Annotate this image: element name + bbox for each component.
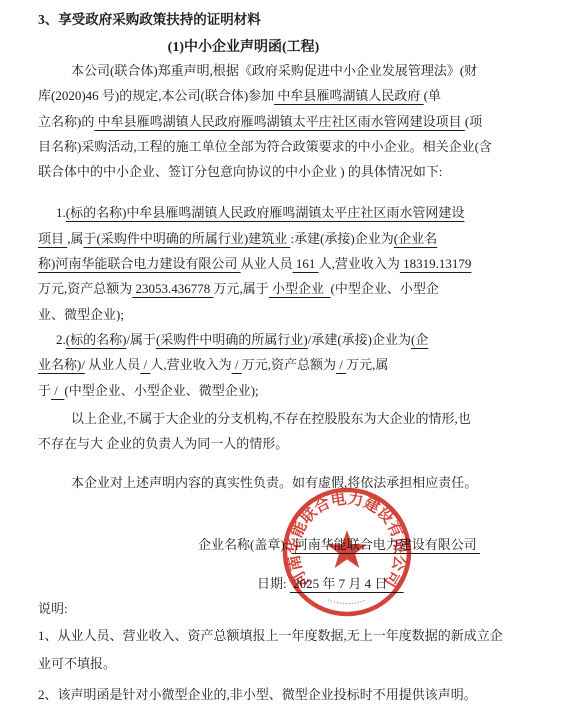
fill-project-name: 中牟县雁鸣湖镇人民政府雁鸣湖镇太平庄社区雨水管网建设项目 [94,114,465,129]
text-segment: 于 [38,383,51,398]
text-segment: 万元,属 [346,357,388,372]
fill-subject-name-1-cont: 项目 [38,231,67,246]
note-1: 1、从业人员、营业收入、资产总额填报上一年度数据,无上一年度数据的新成立企 [38,622,493,650]
text-segment: 万元,资产总额为 [38,281,132,296]
notes-section: 1、从业人员、营业收入、资产总额填报上一年度数据,无上一年度数据的新成立企 业可… [38,622,493,709]
assurance-paragraph: 以上企业,不属于大企业的分支机构,不存在控股股东为大企业的情形,也 不存在与大 … [38,406,493,457]
responsibility-paragraph: 本企业对上述声明内容的真实性负责。如有虚假,将依法承担相应责任。 [38,470,493,495]
enterprise-item-1: 1.(标的名称)中牟县雁鸣湖镇人民政府雁鸣湖镇太平庄社区雨水管网建设 项目 ,属… [38,200,493,326]
date-label: 日期: [257,576,290,591]
signature-line: 企业名称(盖章): 河南华能联合电力建设有限公司 [198,532,493,557]
text-segment: 业可不填报。 [38,656,116,671]
fill-contractor-name-2-cont: 业名称)/ [38,357,85,372]
item-number: 1. [56,205,66,220]
date-value: 2025 年 7 月 4 日 [290,576,404,591]
fill-industry-1: 于(采购件中明确的所属行业)建筑业 [84,231,291,246]
doc-line: 业名称)/ 从业人员 / 人,营业收入为 / 万元,资产总额为 / 万元,属 [38,352,493,377]
enterprise-item-2: 2.(标的名称)/属于(采购件中明确的所属行业)/承建(承接)企业为(企 业名称… [38,327,493,403]
text-segment: (中型企业、小型企业、微型企业); [64,383,258,398]
text-segment: 库(2020)46 号)的规定,本公司(联合体)参加 [38,88,274,103]
text-segment: (项 [465,114,482,129]
fill-revenue-2: / [232,357,242,372]
text-segment: /承建(承接)企业为 [308,332,411,347]
doc-line: 于 / (中型企业、小型企业、微型企业); [38,378,493,403]
text-segment: 2、该声明函是针对小微型企业的,非小型、微型企业投标时不用提供该声明。 [38,687,477,702]
doc-line: 以上企业,不属于大企业的分支机构,不存在控股股东为大企业的情形,也 [38,406,493,431]
doc-line: 万元,资产总额为 23053.436778 万元,属于 小型企业 (中型企业、小… [38,276,493,301]
text-segment: 本企业对上述声明内容的真实性负责。如有虚假,将依法承担相应责任。 [71,475,477,490]
text-segment: 联合体中的中小企业、签订分包意向协议的中小企业 ) 的具体情况如下: [38,164,442,179]
text-segment: 不存在与大 企业的负责人为同一人的情形。 [38,436,288,451]
fill-employee-count-2: / [140,357,150,372]
fill-enterprise-type-2: / [51,383,64,398]
signature-label: 企业名称(盖章): [198,537,292,552]
doc-line: 2.(标的名称)/属于(采购件中明确的所属行业)/承建(承接)企业为(企 [38,327,493,352]
doc-line: 目名称)采购活动,工程的施工单位全部为符合政策要求的中小企业。相关企业(含 [38,134,493,159]
text-segment: 本公司(联合体)郑重声明,根据《政府采购促进中小企业发展管理法》(财 [71,63,477,78]
document-title: (1)中小企业声明函(工程) [38,38,493,58]
doc-line: 称)河南华能联合电力建设有限公司 从业人员 161 人,营业收入为 18319.… [38,251,493,276]
text-segment: (单 [424,88,441,103]
text-segment: /属于 [126,332,156,347]
doc-line: 不存在与大 企业的负责人为同一人的情形。 [38,431,493,456]
text-segment: (中型企业、小型企 [331,281,439,296]
fill-industry-2: (采购件中明确的所属行业) [156,332,308,347]
section-heading: 3、享受政府采购政策扶持的证明材料 [38,10,493,29]
smb-declaration-document: 3、享受政府采购政策扶持的证明材料 (1)中小企业声明函(工程) 本公司(联合体… [0,0,565,719]
note-1-continuation: 业可不填报。 [38,650,493,678]
text-segment: 从业人员 [85,357,140,372]
date-line: 日期: 2025 年 7 月 4 日 [257,571,493,596]
text-segment: 万元,资产总额为 [242,357,336,372]
doc-line: 立名称)的 中牟县雁鸣湖镇人民政府雁鸣湖镇太平庄社区雨水管网建设项目 (项 [38,109,493,134]
fill-revenue-1: 18319.13179 [400,256,472,271]
fill-purchaser-name: 中牟县雁鸣湖镇人民政府 [274,88,424,103]
doc-line: 业、微型企业); [38,302,493,327]
text-segment: 目名称)采购活动,工程的施工单位全部为符合政策要求的中小企业。相关企业(含 [38,139,492,154]
doc-line: 库(2020)46 号)的规定,本公司(联合体)参加 中牟县雁鸣湖镇人民政府 (… [38,83,493,108]
text-segment: 业、微型企业); [38,307,124,322]
text-segment: 以上企业,不属于大企业的分支机构,不存在控股股东为大企业的情形,也 [71,411,471,426]
text-segment: 1、从业人员、营业收入、资产总额填报上一年度数据,无上一年度数据的新成立企 [38,628,503,643]
text-segment: 万元,属于 [214,281,269,296]
text-segment: 立名称)的 [38,114,94,129]
text-segment: ,属 [67,231,83,246]
fill-contractor-name-2: (企 [411,332,428,347]
fill-contractor-name-1-cont: 称)河南华能联合电力建设有限公司 [38,256,241,271]
notes-heading: 说明: [38,596,493,621]
fill-contractor-name-1: (企业名 [394,231,437,246]
fill-total-assets-1: 23053.436778 [132,281,213,296]
fill-employee-count-1: 161 [293,256,319,271]
fill-subject-name-1: (标的名称)中牟县雁鸣湖镇人民政府雁鸣湖镇太平庄社区雨水管网建设 [66,205,465,220]
doc-line: 本公司(联合体)郑重声明,根据《政府采购促进中小企业发展管理法》(财 [38,58,493,83]
text-segment: 从业人员 [241,256,293,271]
doc-line: 本企业对上述声明内容的真实性负责。如有虚假,将依法承担相应责任。 [38,470,493,495]
doc-line: 项目 ,属于(采购件中明确的所属行业)建筑业 :承建(承接)企业为(企业名 [38,226,493,251]
text-segment: 人,营业收入为 [150,357,231,372]
doc-line: 联合体中的中小企业、签订分包意向协议的中小企业 ) 的具体情况如下: [38,159,493,184]
signature-company-name: 河南华能联合电力建设有限公司 [292,537,481,552]
item-number: 2. [56,332,66,347]
fill-enterprise-type-1: 小型企业 [269,281,331,296]
fill-total-assets-2: / [336,357,346,372]
intro-paragraph: 本公司(联合体)郑重声明,根据《政府采购促进中小企业发展管理法》(财 库(202… [38,58,493,184]
text-segment: 人,营业收入为 [319,256,400,271]
note-2: 2、该声明函是针对小微型企业的,非小型、微型企业投标时不用提供该声明。 [38,681,493,709]
text-segment: :承建(承接)企业为 [290,231,393,246]
text-segment: 说明: [38,601,68,616]
doc-line: 1.(标的名称)中牟县雁鸣湖镇人民政府雁鸣湖镇太平庄社区雨水管网建设 [38,200,493,225]
fill-subject-name-2: (标的名称) [66,332,127,347]
